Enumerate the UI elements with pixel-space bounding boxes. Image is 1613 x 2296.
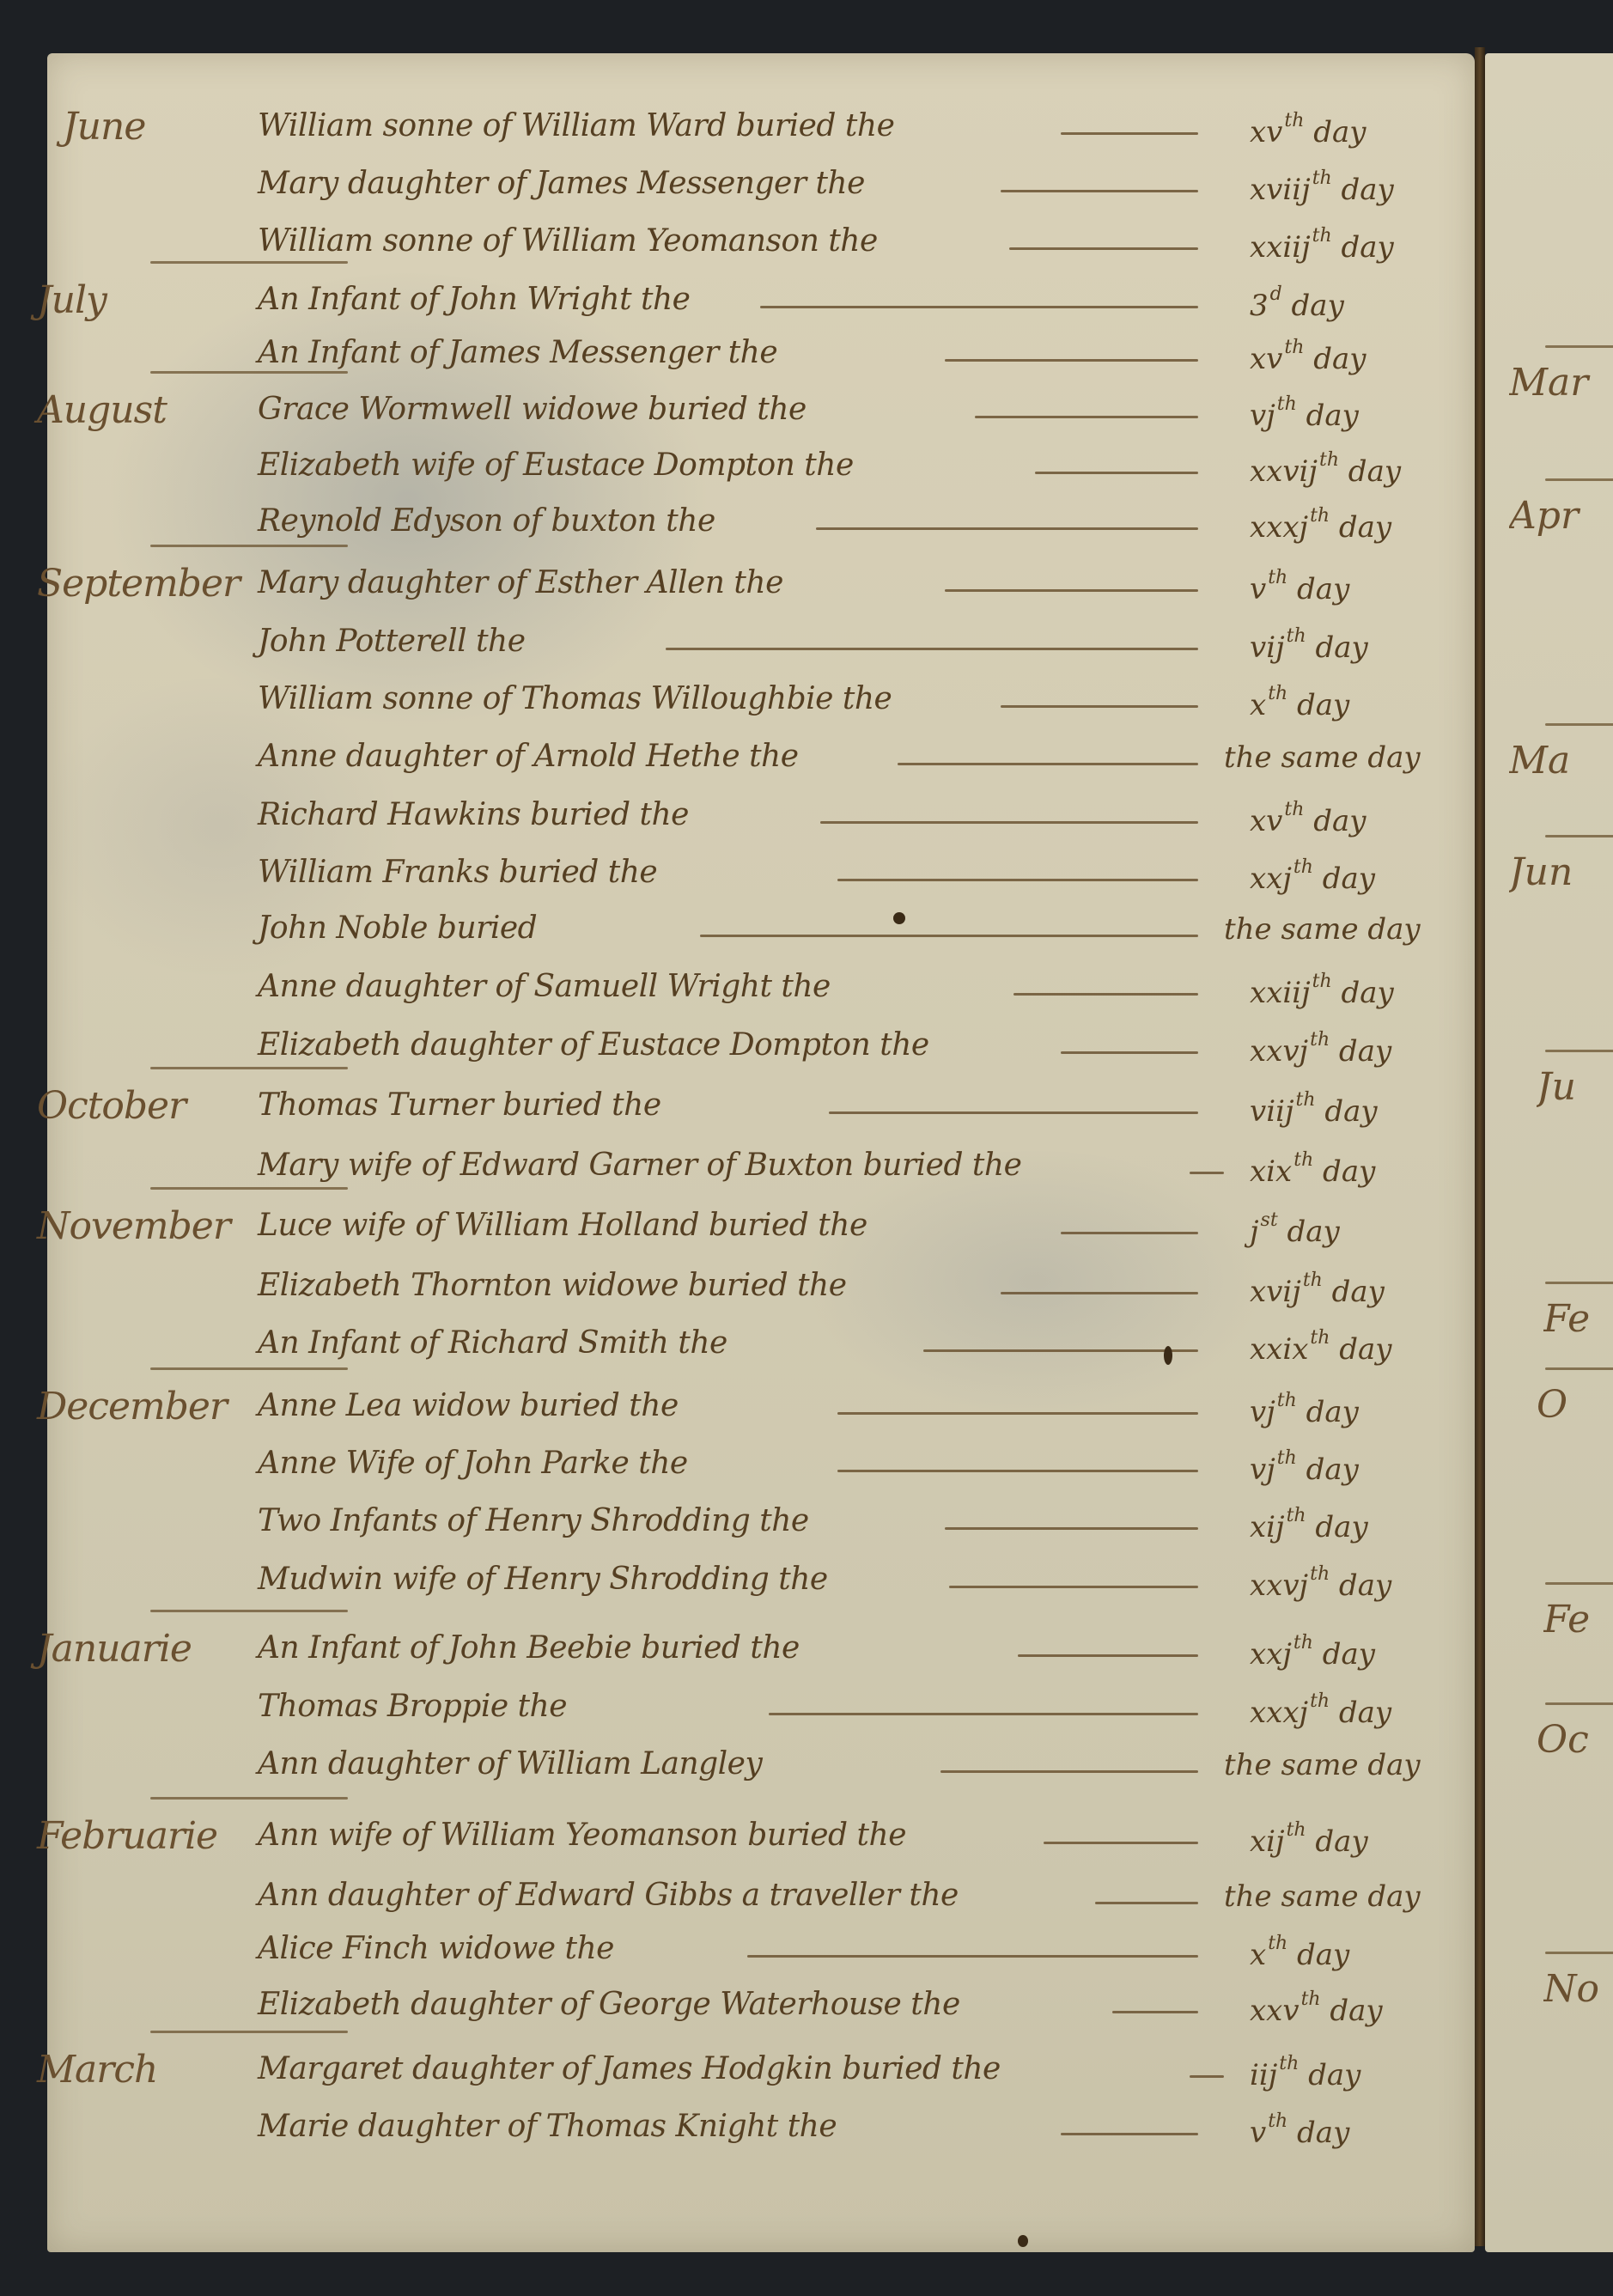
burial-day: jst day [1250, 1209, 1340, 1249]
entry-text: John Potterell the [258, 624, 526, 659]
filler-dash-line [1009, 247, 1198, 250]
register-entry: Anne Wife of John Parke thevjth day [47, 1440, 1475, 1492]
day-word: day [1313, 1154, 1375, 1189]
day-numeral: v [1250, 2116, 1266, 2150]
day-word: day [1332, 230, 1394, 265]
filler-dash-line [945, 1527, 1198, 1530]
day-word: day [1304, 804, 1366, 838]
right-page-month-fragment: Ma [1509, 739, 1612, 783]
register-entry: Elizabeth Thornton widowe buried thexvij… [47, 1263, 1475, 1314]
day-word: day [1282, 289, 1344, 323]
day-numeral: xxvij [1250, 454, 1318, 489]
burial-day: the same day [1224, 1879, 1421, 1914]
ordinal-suffix: th [1303, 1270, 1323, 1291]
ordinal-suffix: th [1293, 856, 1313, 878]
register-entry: JulyAn Infant of John Wright the3d day [47, 277, 1475, 328]
ordinal-suffix: th [1310, 505, 1330, 527]
month-separator-rule [150, 1797, 348, 1800]
ordinal-suffix: th [1310, 1563, 1330, 1585]
right-page-fragment: MarAprMaJunJuFeOFeOcNo [1485, 53, 1613, 2252]
register-entry: Alice Finch widowe thexth day [47, 1926, 1475, 1977]
month-label: August [37, 388, 167, 432]
day-numeral: xxvj [1250, 1034, 1308, 1069]
month-separator-rule [150, 1067, 348, 1069]
ordinal-suffix: th [1277, 393, 1297, 415]
day-word: day [1332, 976, 1394, 1010]
right-page-month-fragment: Ju [1537, 1065, 1613, 1109]
register-entry: Anne daughter of Arnold Hethe thethe sam… [47, 734, 1475, 785]
entry-text: Mary wife of Edward Garner of Buxton bur… [258, 1148, 1021, 1183]
day-numeral: xxj [1250, 1637, 1292, 1672]
month-separator-rule [1545, 723, 1613, 726]
register-entry: William sonne of Thomas Willoughbie thex… [47, 676, 1475, 728]
right-page-month-fragment: Fe [1543, 1297, 1613, 1341]
filler-dash-line [747, 1955, 1198, 1958]
burial-day: viijth day [1250, 1089, 1378, 1129]
register-entry: Marie daughter of Thomas Knight thevth d… [47, 2104, 1475, 2155]
ordinal-suffix: d [1270, 283, 1282, 305]
register-entry: JanuarieAn Infant of John Beebie buried … [47, 1625, 1475, 1677]
burial-day: vth day [1250, 2110, 1349, 2150]
register-entry: William Franks buried thexxjth day [47, 850, 1475, 901]
entry-text: Mudwin wife of Henry Shrodding the [258, 1562, 828, 1597]
month-label: November [37, 1204, 230, 1248]
month-separator-rule [1545, 345, 1613, 348]
day-numeral: xxiij [1250, 976, 1311, 1010]
month-separator-rule [150, 1367, 348, 1370]
day-word: day [1304, 342, 1366, 376]
ordinal-suffix: th [1312, 167, 1332, 189]
ordinal-suffix: th [1284, 799, 1304, 820]
filler-dash-line [760, 306, 1198, 308]
ordinal-suffix: th [1310, 1029, 1330, 1051]
month-separator-rule [1545, 1582, 1613, 1585]
day-numeral: xxix [1250, 1332, 1308, 1367]
filler-dash-line [700, 935, 1198, 937]
register-entry: FebruarieAnn wife of William Yeomanson b… [47, 1812, 1475, 1864]
burial-day: xvijth day [1250, 1270, 1385, 1309]
day-word: day [1313, 1637, 1375, 1672]
burial-day: xvth day [1250, 110, 1366, 149]
ordinal-suffix: th [1277, 1390, 1297, 1411]
filler-dash-line [837, 879, 1198, 881]
month-separator-rule [150, 2031, 348, 2033]
ordinal-suffix: th [1301, 1988, 1321, 2010]
month-label: December [37, 1385, 227, 1428]
month-separator-rule [1545, 1050, 1613, 1052]
ordinal-suffix: th [1277, 1447, 1297, 1469]
day-word: day [1323, 1275, 1385, 1309]
day-word: day [1297, 1453, 1359, 1487]
filler-dash-line [940, 1770, 1198, 1773]
register-entry: Elizabeth daughter of George Waterhouse … [47, 1982, 1475, 2033]
day-numeral: xv [1250, 342, 1282, 376]
entry-text: Thomas Turner buried the [258, 1087, 661, 1123]
burial-day: vijth day [1250, 625, 1368, 665]
entry-text: John Noble buried [258, 910, 537, 946]
entry-text: An Infant of John Beebie buried the [258, 1630, 800, 1666]
filler-dash-line [949, 1586, 1198, 1588]
burial-day: xxvjth day [1250, 1029, 1391, 1069]
register-entry: Ann daughter of Edward Gibbs a traveller… [47, 1873, 1475, 1924]
entry-text: An Infant of James Messenger the [258, 335, 777, 370]
day-numeral: xxxj [1250, 1696, 1308, 1730]
entry-text: Luce wife of William Holland buried the [258, 1208, 867, 1243]
right-page-month-fragment: Apr [1509, 494, 1612, 538]
burial-day: xxvijth day [1250, 449, 1401, 489]
month-label: July [37, 278, 107, 322]
burial-day: vjth day [1250, 1447, 1359, 1487]
right-page-month-fragment: No [1543, 1967, 1613, 2011]
register-entry: Mary wife of Edward Garner of Buxton bur… [47, 1142, 1475, 1194]
register-entry: OctoberThomas Turner buried theviijth da… [47, 1082, 1475, 1134]
register-entry: Elizabeth wife of Eustace Dompton thexxv… [47, 442, 1475, 494]
entry-text: Margaret daughter of James Hodgkin burie… [258, 2051, 1001, 2086]
filler-dash-line [666, 648, 1198, 650]
burial-day: 3d day [1250, 283, 1344, 323]
ordinal-suffix: th [1293, 1632, 1313, 1653]
register-entry: Reynold Edyson of buxton thexxxjth day [47, 498, 1475, 550]
burial-day: xxixth day [1250, 1327, 1391, 1367]
month-separator-rule [1545, 835, 1613, 837]
month-label: Februarie [37, 1814, 217, 1858]
filler-dash-line [1018, 1654, 1198, 1657]
ink-blot [893, 912, 905, 924]
month-label: March [37, 2048, 157, 2092]
day-numeral: x [1250, 1938, 1266, 1972]
filler-dash-line [1190, 2075, 1224, 2078]
day-numeral: 3 [1250, 289, 1269, 323]
ordinal-suffix: th [1287, 625, 1306, 647]
burial-day: the same day [1224, 740, 1421, 775]
entry-text: Elizabeth wife of Eustace Dompton the [258, 448, 854, 483]
ordinal-suffix: th [1312, 971, 1332, 992]
day-numeral: vj [1250, 1395, 1275, 1429]
day-numeral: v [1250, 572, 1266, 606]
ink-blot [1018, 2235, 1028, 2247]
register-entry: MarchMargaret daughter of James Hodgkin … [47, 2046, 1475, 2098]
right-page-month-fragment: Fe [1543, 1598, 1613, 1641]
day-word: day [1330, 510, 1391, 545]
entry-text: Anne daughter of Samuell Wright the [258, 969, 831, 1004]
day-numeral: viij [1250, 1094, 1294, 1129]
day-numeral: xv [1250, 115, 1282, 149]
month-separator-rule [150, 371, 348, 374]
month-separator-rule [150, 1187, 348, 1190]
register-entry: John Noble buriedthe same day [47, 905, 1475, 957]
entry-text: An Infant of Richard Smith the [258, 1325, 727, 1361]
burial-day: xxxjth day [1250, 505, 1391, 545]
filler-dash-line [1044, 1842, 1198, 1844]
ordinal-suffix: th [1310, 1327, 1330, 1349]
right-page-month-fragment: Jun [1509, 850, 1612, 894]
burial-day: xxiijth day [1250, 971, 1394, 1010]
day-word: day [1306, 1824, 1368, 1859]
burial-day: xvth day [1250, 799, 1366, 838]
day-word: day [1287, 688, 1349, 722]
ordinal-suffix: th [1268, 683, 1287, 704]
day-numeral: xij [1250, 1824, 1285, 1859]
register-entry: Elizabeth daughter of Eustace Dompton th… [47, 1022, 1475, 1074]
day-numeral: xxj [1250, 862, 1292, 896]
month-label: Januarie [37, 1627, 192, 1671]
entry-text: Anne Wife of John Parke the [258, 1446, 688, 1481]
burial-day: xijth day [1250, 1505, 1368, 1544]
filler-dash-line [898, 763, 1198, 765]
day-word: day [1316, 1094, 1378, 1129]
day-numeral: xvij [1250, 1275, 1301, 1309]
entry-text: Elizabeth daughter of George Waterhouse … [258, 1987, 960, 2022]
filler-dash-line [837, 1412, 1198, 1415]
burial-day: xviijth day [1250, 167, 1394, 207]
entry-text: Reynold Edyson of buxton the [258, 503, 715, 539]
day-word: day [1330, 1332, 1391, 1367]
right-page-month-fragment: Oc [1537, 1718, 1613, 1762]
day-numeral: xxvj [1250, 1568, 1308, 1603]
entry-text: An Infant of John Wright the [258, 282, 690, 317]
day-word: day [1339, 454, 1401, 489]
burial-day: xxjth day [1250, 1632, 1375, 1672]
ordinal-suffix: th [1284, 337, 1304, 358]
burial-day: the same day [1224, 1748, 1421, 1782]
day-numeral: vij [1250, 630, 1285, 665]
filler-dash-line [1095, 1902, 1198, 1904]
day-word: day [1313, 862, 1375, 896]
entry-text: Ann daughter of Edward Gibbs a traveller… [258, 1878, 959, 1913]
entry-text: William sonne of Thomas Willoughbie the [258, 681, 892, 716]
filler-dash-line [1013, 993, 1198, 996]
ordinal-suffix: st [1261, 1209, 1278, 1231]
ordinal-suffix: th [1319, 449, 1339, 471]
day-numeral: xxxj [1250, 510, 1308, 545]
register-entry: AugustGrace Wormwell widowe buried thevj… [47, 387, 1475, 438]
register-entry: Anne daughter of Samuell Wright thexxiij… [47, 964, 1475, 1015]
burial-day: vjth day [1250, 393, 1359, 433]
ordinal-suffix: th [1279, 2053, 1299, 2074]
month-separator-rule [150, 1610, 348, 1612]
register-entry: SeptemberMary daughter of Esther Allen t… [47, 560, 1475, 612]
month-separator-rule [1545, 1952, 1613, 1954]
month-separator-rule [150, 261, 348, 264]
left-page: JuneWilliam sonne of William Ward buried… [47, 53, 1475, 2252]
ordinal-suffix: th [1268, 2110, 1287, 2132]
burial-day: xxvjth day [1250, 1563, 1391, 1603]
register-entry: Thomas Broppie thexxxjth day [47, 1684, 1475, 1735]
burial-day: xxvth day [1250, 1988, 1383, 2028]
entry-text: Elizabeth Thornton widowe buried the [258, 1268, 847, 1303]
ordinal-suffix: th [1312, 225, 1332, 247]
month-separator-rule [1545, 1702, 1613, 1705]
register-entry: Ann daughter of William Langleythe same … [47, 1741, 1475, 1793]
month-label: September [37, 562, 240, 606]
burial-day: xth day [1250, 1933, 1349, 1972]
day-word: day [1304, 115, 1366, 149]
day-numeral: x [1250, 688, 1266, 722]
day-word: day [1299, 2058, 1360, 2092]
ordinal-suffix: th [1310, 1690, 1330, 1712]
month-separator-rule [1545, 1282, 1613, 1284]
register-entry: Mudwin wife of Henry Shrodding thexxvjth… [47, 1556, 1475, 1608]
entry-text: Ann wife of William Yeomanson buried the [258, 1818, 906, 1853]
day-numeral: xviij [1250, 173, 1311, 207]
day-numeral: j [1250, 1215, 1259, 1249]
register-entry: John Potterell thevijth day [47, 618, 1475, 670]
day-word: day [1330, 1034, 1391, 1069]
filler-dash-line [1061, 1232, 1198, 1234]
ordinal-suffix: th [1287, 1505, 1306, 1526]
register-entry: Mary daughter of James Messenger thexvii… [47, 161, 1475, 212]
entry-text: Elizabeth daughter of Eustace Dompton th… [258, 1027, 929, 1063]
month-label: October [37, 1084, 186, 1128]
burial-day: xth day [1250, 683, 1349, 722]
day-word: day [1321, 1994, 1383, 2028]
filler-dash-line [1061, 2133, 1198, 2135]
register-entry: JuneWilliam sonne of William Ward buried… [47, 103, 1475, 155]
entry-text: Anne daughter of Arnold Hethe the [258, 739, 799, 774]
filler-dash-line [1190, 1172, 1224, 1174]
day-numeral: xij [1250, 1510, 1285, 1544]
burial-day: the same day [1224, 912, 1421, 947]
right-page-month-fragment: Mar [1509, 361, 1612, 405]
register-entry: NovemberLuce wife of William Holland bur… [47, 1203, 1475, 1254]
ordinal-suffix: th [1268, 567, 1287, 588]
entry-text: Thomas Broppie the [258, 1689, 567, 1724]
day-word: day [1330, 1568, 1391, 1603]
register-entry: Richard Hawkins buried thexvth day [47, 792, 1475, 843]
day-numeral: xix [1250, 1154, 1292, 1189]
register-entry: An Infant of James Messenger thexvth day [47, 330, 1475, 381]
burial-day: xxjth day [1250, 856, 1375, 896]
entry-text: William sonne of William Ward buried the [258, 108, 894, 143]
filler-dash-line [945, 359, 1198, 362]
entry-text: Alice Finch widowe the [258, 1931, 614, 1966]
filler-dash-line [1061, 1051, 1198, 1054]
day-numeral: vj [1250, 1453, 1275, 1487]
day-numeral: xxiij [1250, 230, 1311, 265]
register-entry: DecemberAnne Lea widow buried thevjth da… [47, 1383, 1475, 1434]
filler-dash-line [1001, 1292, 1198, 1294]
entry-text: Mary daughter of Esther Allen the [258, 565, 783, 600]
filler-dash-line [1001, 705, 1198, 708]
entry-text: William Franks buried the [258, 855, 657, 890]
day-word: day [1297, 399, 1359, 433]
burial-day: vjth day [1250, 1390, 1359, 1429]
entry-text: Two Infants of Henry Shrodding the [258, 1503, 809, 1538]
ordinal-suffix: th [1268, 1933, 1287, 1954]
filler-dash-line [945, 589, 1198, 592]
register-entry: An Infant of Richard Smith thexxixth day [47, 1320, 1475, 1372]
day-word: day [1332, 173, 1394, 207]
burial-day: xxxjth day [1250, 1690, 1391, 1730]
month-separator-rule [150, 545, 348, 547]
day-word: day [1287, 1938, 1349, 1972]
day-word: day [1297, 1395, 1359, 1429]
entry-text: William sonne of William Yeomanson the [258, 223, 878, 259]
register-entry: Two Infants of Henry Shrodding thexijth … [47, 1498, 1475, 1550]
day-word: day [1306, 1510, 1368, 1544]
day-word: day [1278, 1215, 1340, 1249]
entry-text: Ann daughter of William Langley [258, 1746, 762, 1781]
day-numeral: xv [1250, 804, 1282, 838]
entry-text: Mary daughter of James Messenger the [258, 166, 865, 201]
binding-gutter [1475, 47, 1485, 2246]
filler-dash-line [820, 821, 1198, 824]
filler-dash-line [829, 1111, 1198, 1114]
month-separator-rule [1545, 1367, 1613, 1370]
entry-text: Grace Wormwell widowe buried the [258, 392, 806, 427]
burial-day: iijth day [1250, 2053, 1360, 2092]
right-page-month-fragment: O [1537, 1383, 1613, 1427]
filler-dash-line [816, 527, 1198, 530]
filler-dash-line [837, 1470, 1198, 1472]
burial-day: xxiijth day [1250, 225, 1394, 265]
entry-text: Anne Lea widow buried the [258, 1388, 679, 1423]
entry-text: Richard Hawkins buried the [258, 797, 689, 832]
filler-dash-line [1061, 132, 1198, 135]
ordinal-suffix: th [1293, 1149, 1313, 1171]
ordinal-suffix: th [1287, 1819, 1306, 1841]
filler-dash-line [1001, 190, 1198, 192]
ordinal-suffix: th [1296, 1089, 1316, 1111]
entry-text: Marie daughter of Thomas Knight the [258, 2109, 837, 2144]
day-word: day [1287, 2116, 1349, 2150]
burial-day: xijth day [1250, 1819, 1368, 1859]
month-separator-rule [1545, 478, 1613, 481]
burial-day: vth day [1250, 567, 1349, 606]
day-word: day [1330, 1696, 1391, 1730]
ink-blot [1164, 1346, 1172, 1365]
filler-dash-line [1035, 472, 1198, 474]
day-numeral: vj [1250, 399, 1275, 433]
filler-dash-line [769, 1713, 1198, 1715]
month-label: June [63, 105, 145, 149]
burial-day: xvth day [1250, 337, 1366, 376]
day-word: day [1306, 630, 1368, 665]
day-numeral: xxv [1250, 1994, 1300, 2028]
day-word: day [1287, 572, 1349, 606]
filler-dash-line [975, 416, 1198, 418]
burial-day: xixth day [1250, 1149, 1375, 1189]
day-numeral: iij [1250, 2058, 1277, 2092]
ordinal-suffix: th [1284, 110, 1304, 131]
filler-dash-line [923, 1349, 1198, 1352]
filler-dash-line [1112, 2011, 1198, 2013]
